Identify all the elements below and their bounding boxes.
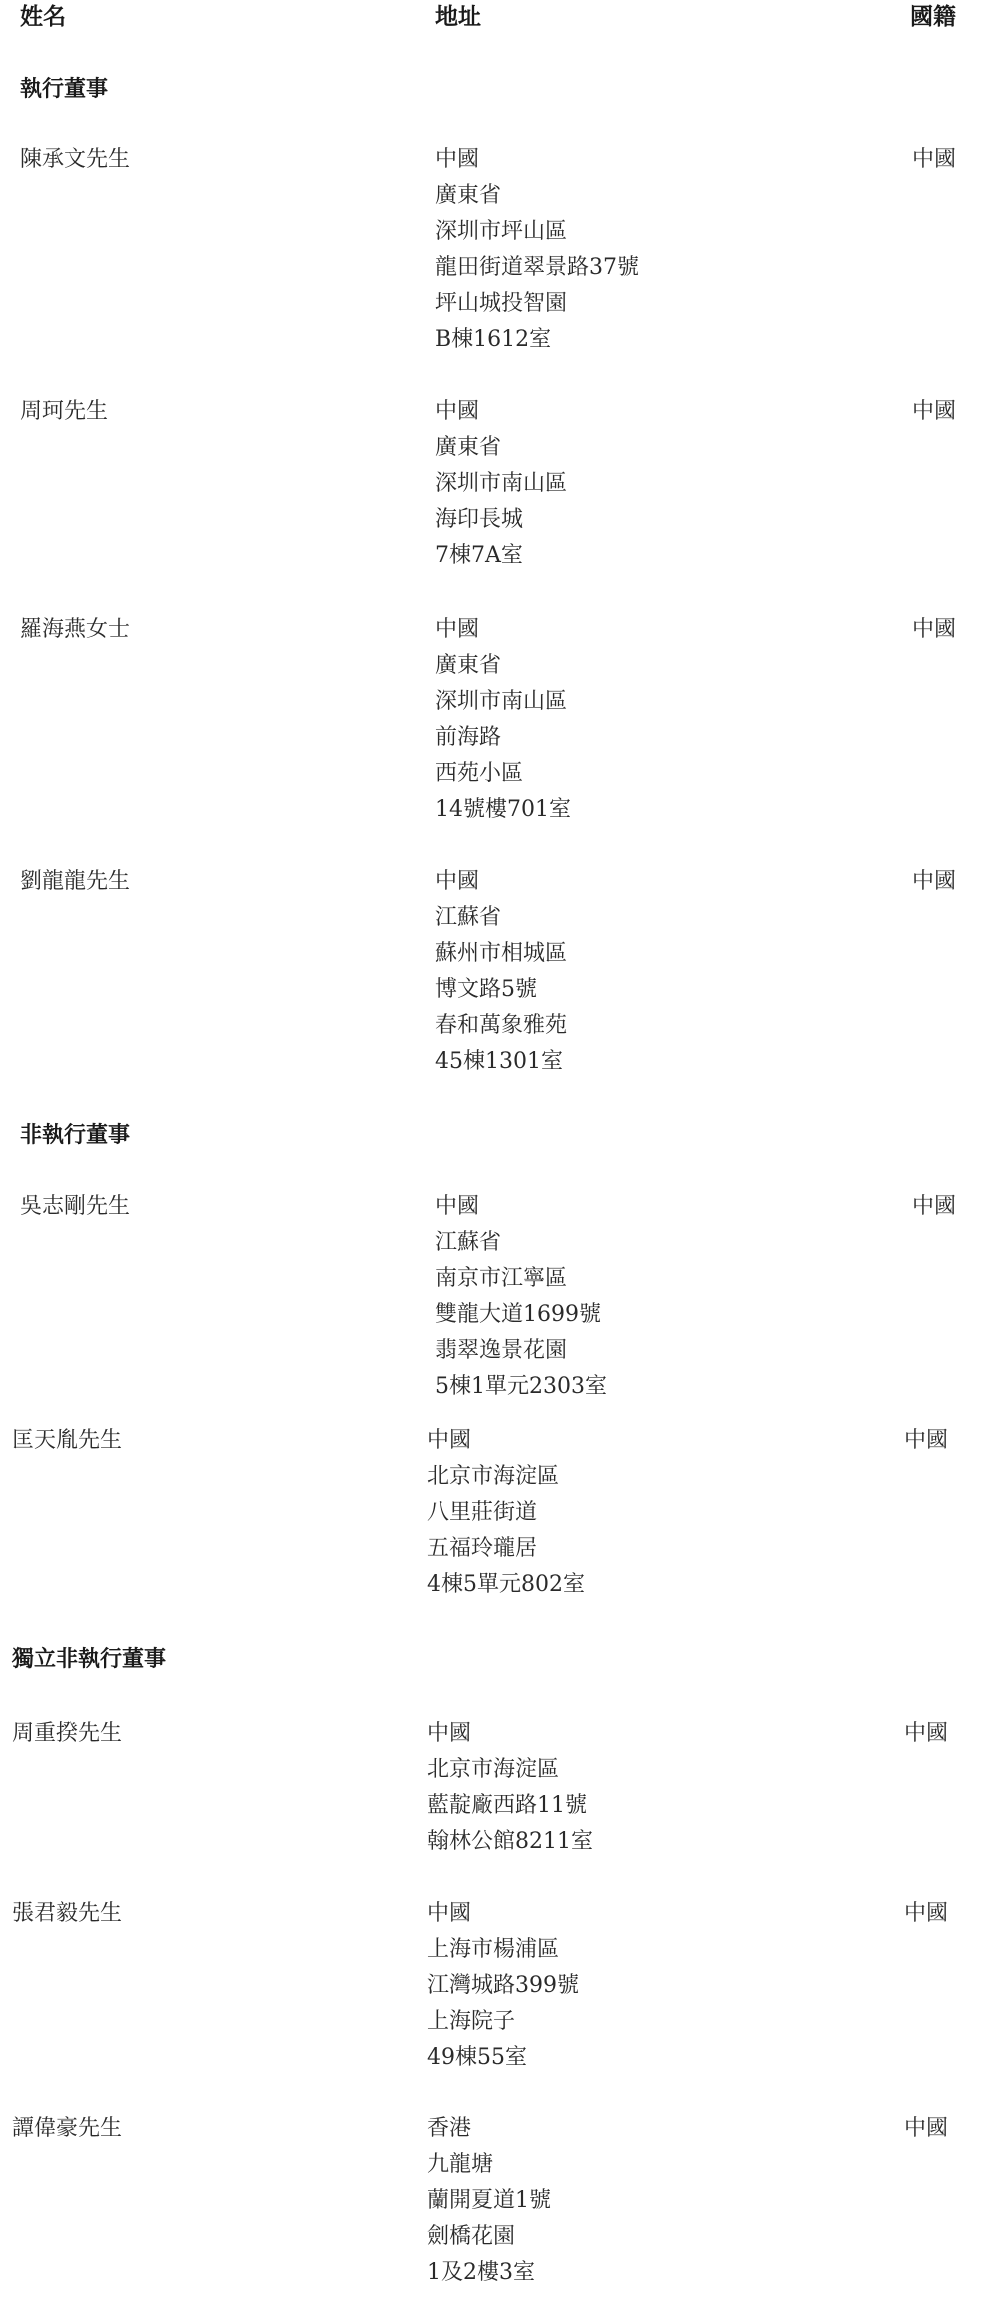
address-line: 1及2樓3室 (427, 2255, 551, 2291)
director-nationality: 中國 (912, 615, 956, 645)
director-address: 中國 北京市海淀區 藍靛廠西路11號 翰林公館8211室 (427, 1716, 593, 1860)
address-line: 劍橋花園 (427, 2219, 551, 2255)
address-line: 江灣城路399號 (427, 1968, 579, 2004)
address-line: 江蘇省 (435, 1225, 607, 1261)
address-line: 海印長城 (435, 502, 567, 538)
section-title-non-executive-directors: 非執行董事 (20, 1120, 130, 1150)
address-line: B棟1612室 (435, 322, 639, 358)
address-line: 5棟1單元2303室 (435, 1369, 607, 1405)
director-name: 譚偉豪先生 (12, 2114, 122, 2144)
address-line: 中國 (427, 1716, 593, 1752)
address-line: 49棟55室 (427, 2040, 579, 2076)
address-line: 翰林公館8211室 (427, 1824, 593, 1860)
address-line: 廣東省 (435, 430, 567, 466)
director-name: 羅海燕女士 (20, 615, 130, 645)
director-nationality: 中國 (912, 145, 956, 175)
director-address: 中國 江蘇省 蘇州市相城區 博文路5號 春和萬象雅苑 45棟1301室 (435, 864, 567, 1080)
address-line: 深圳市南山區 (435, 684, 571, 720)
director-nationality: 中國 (912, 397, 956, 427)
address-line: 中國 (427, 1896, 579, 1932)
director-nationality: 中國 (904, 1426, 948, 1456)
address-line: 上海市楊浦區 (427, 1932, 579, 1968)
address-line: 14號樓701室 (435, 792, 571, 828)
address-line: 香港 (427, 2111, 551, 2147)
address-line: 春和萬象雅苑 (435, 1008, 567, 1044)
director-address: 中國 江蘇省 南京市江寧區 雙龍大道1699號 翡翠逸景花園 5棟1單元2303… (435, 1189, 607, 1405)
address-line: 北京市海淀區 (427, 1459, 585, 1495)
director-nationality: 中國 (904, 1899, 948, 1929)
director-name: 陳承文先生 (20, 145, 130, 175)
column-header-name: 姓名 (20, 2, 66, 32)
director-name: 匡天胤先生 (12, 1426, 122, 1456)
address-line: 中國 (435, 142, 639, 178)
director-nationality: 中國 (912, 867, 956, 897)
address-line: 中國 (435, 1189, 607, 1225)
address-line: 前海路 (435, 720, 571, 756)
address-line: 蘭開夏道1號 (427, 2183, 551, 2219)
address-line: 深圳市南山區 (435, 466, 567, 502)
address-line: 4棟5單元802室 (427, 1567, 585, 1603)
director-address: 中國 廣東省 深圳市南山區 海印長城 7棟7A室 (435, 394, 567, 574)
director-address: 香港 九龍塘 蘭開夏道1號 劍橋花園 1及2樓3室 (427, 2111, 551, 2291)
director-name: 周重揆先生 (12, 1719, 122, 1749)
address-line: 坪山城投智園 (435, 286, 639, 322)
director-address: 中國 上海市楊浦區 江灣城路399號 上海院子 49棟55室 (427, 1896, 579, 2076)
address-line: 龍田街道翠景路37號 (435, 250, 639, 286)
address-line: 廣東省 (435, 178, 639, 214)
director-name: 周珂先生 (20, 397, 108, 427)
director-address: 中國 廣東省 深圳市南山區 前海路 西苑小區 14號樓701室 (435, 612, 571, 828)
address-line: 藍靛廠西路11號 (427, 1788, 593, 1824)
address-line: 江蘇省 (435, 900, 567, 936)
column-header-address: 地址 (435, 2, 481, 32)
address-line: 中國 (427, 1423, 585, 1459)
address-line: 中國 (435, 864, 567, 900)
director-address: 中國 廣東省 深圳市坪山區 龍田街道翠景路37號 坪山城投智園 B棟1612室 (435, 142, 639, 358)
section-title-independent-non-executive-directors: 獨立非執行董事 (12, 1644, 166, 1674)
address-line: 西苑小區 (435, 756, 571, 792)
address-line: 中國 (435, 394, 567, 430)
address-line: 雙龍大道1699號 (435, 1297, 607, 1333)
address-line: 45棟1301室 (435, 1044, 567, 1080)
address-line: 南京市江寧區 (435, 1261, 607, 1297)
address-line: 九龍塘 (427, 2147, 551, 2183)
director-nationality: 中國 (912, 1192, 956, 1222)
address-line: 廣東省 (435, 648, 571, 684)
director-nationality: 中國 (904, 1719, 948, 1749)
address-line: 7棟7A室 (435, 538, 567, 574)
section-title-executive-directors: 執行董事 (20, 74, 108, 104)
address-line: 博文路5號 (435, 972, 567, 1008)
address-line: 翡翠逸景花園 (435, 1333, 607, 1369)
address-line: 八里莊街道 (427, 1495, 585, 1531)
column-header-nationality: 國籍 (910, 2, 956, 32)
address-line: 北京市海淀區 (427, 1752, 593, 1788)
director-address: 中國 北京市海淀區 八里莊街道 五福玲瓏居 4棟5單元802室 (427, 1423, 585, 1603)
director-name: 張君毅先生 (12, 1899, 122, 1929)
address-line: 中國 (435, 612, 571, 648)
director-name: 劉龍龍先生 (20, 867, 130, 897)
address-line: 五福玲瓏居 (427, 1531, 585, 1567)
director-name: 吳志剛先生 (20, 1192, 130, 1222)
address-line: 深圳市坪山區 (435, 214, 639, 250)
address-line: 上海院子 (427, 2004, 579, 2040)
director-nationality: 中國 (904, 2114, 948, 2144)
address-line: 蘇州市相城區 (435, 936, 567, 972)
